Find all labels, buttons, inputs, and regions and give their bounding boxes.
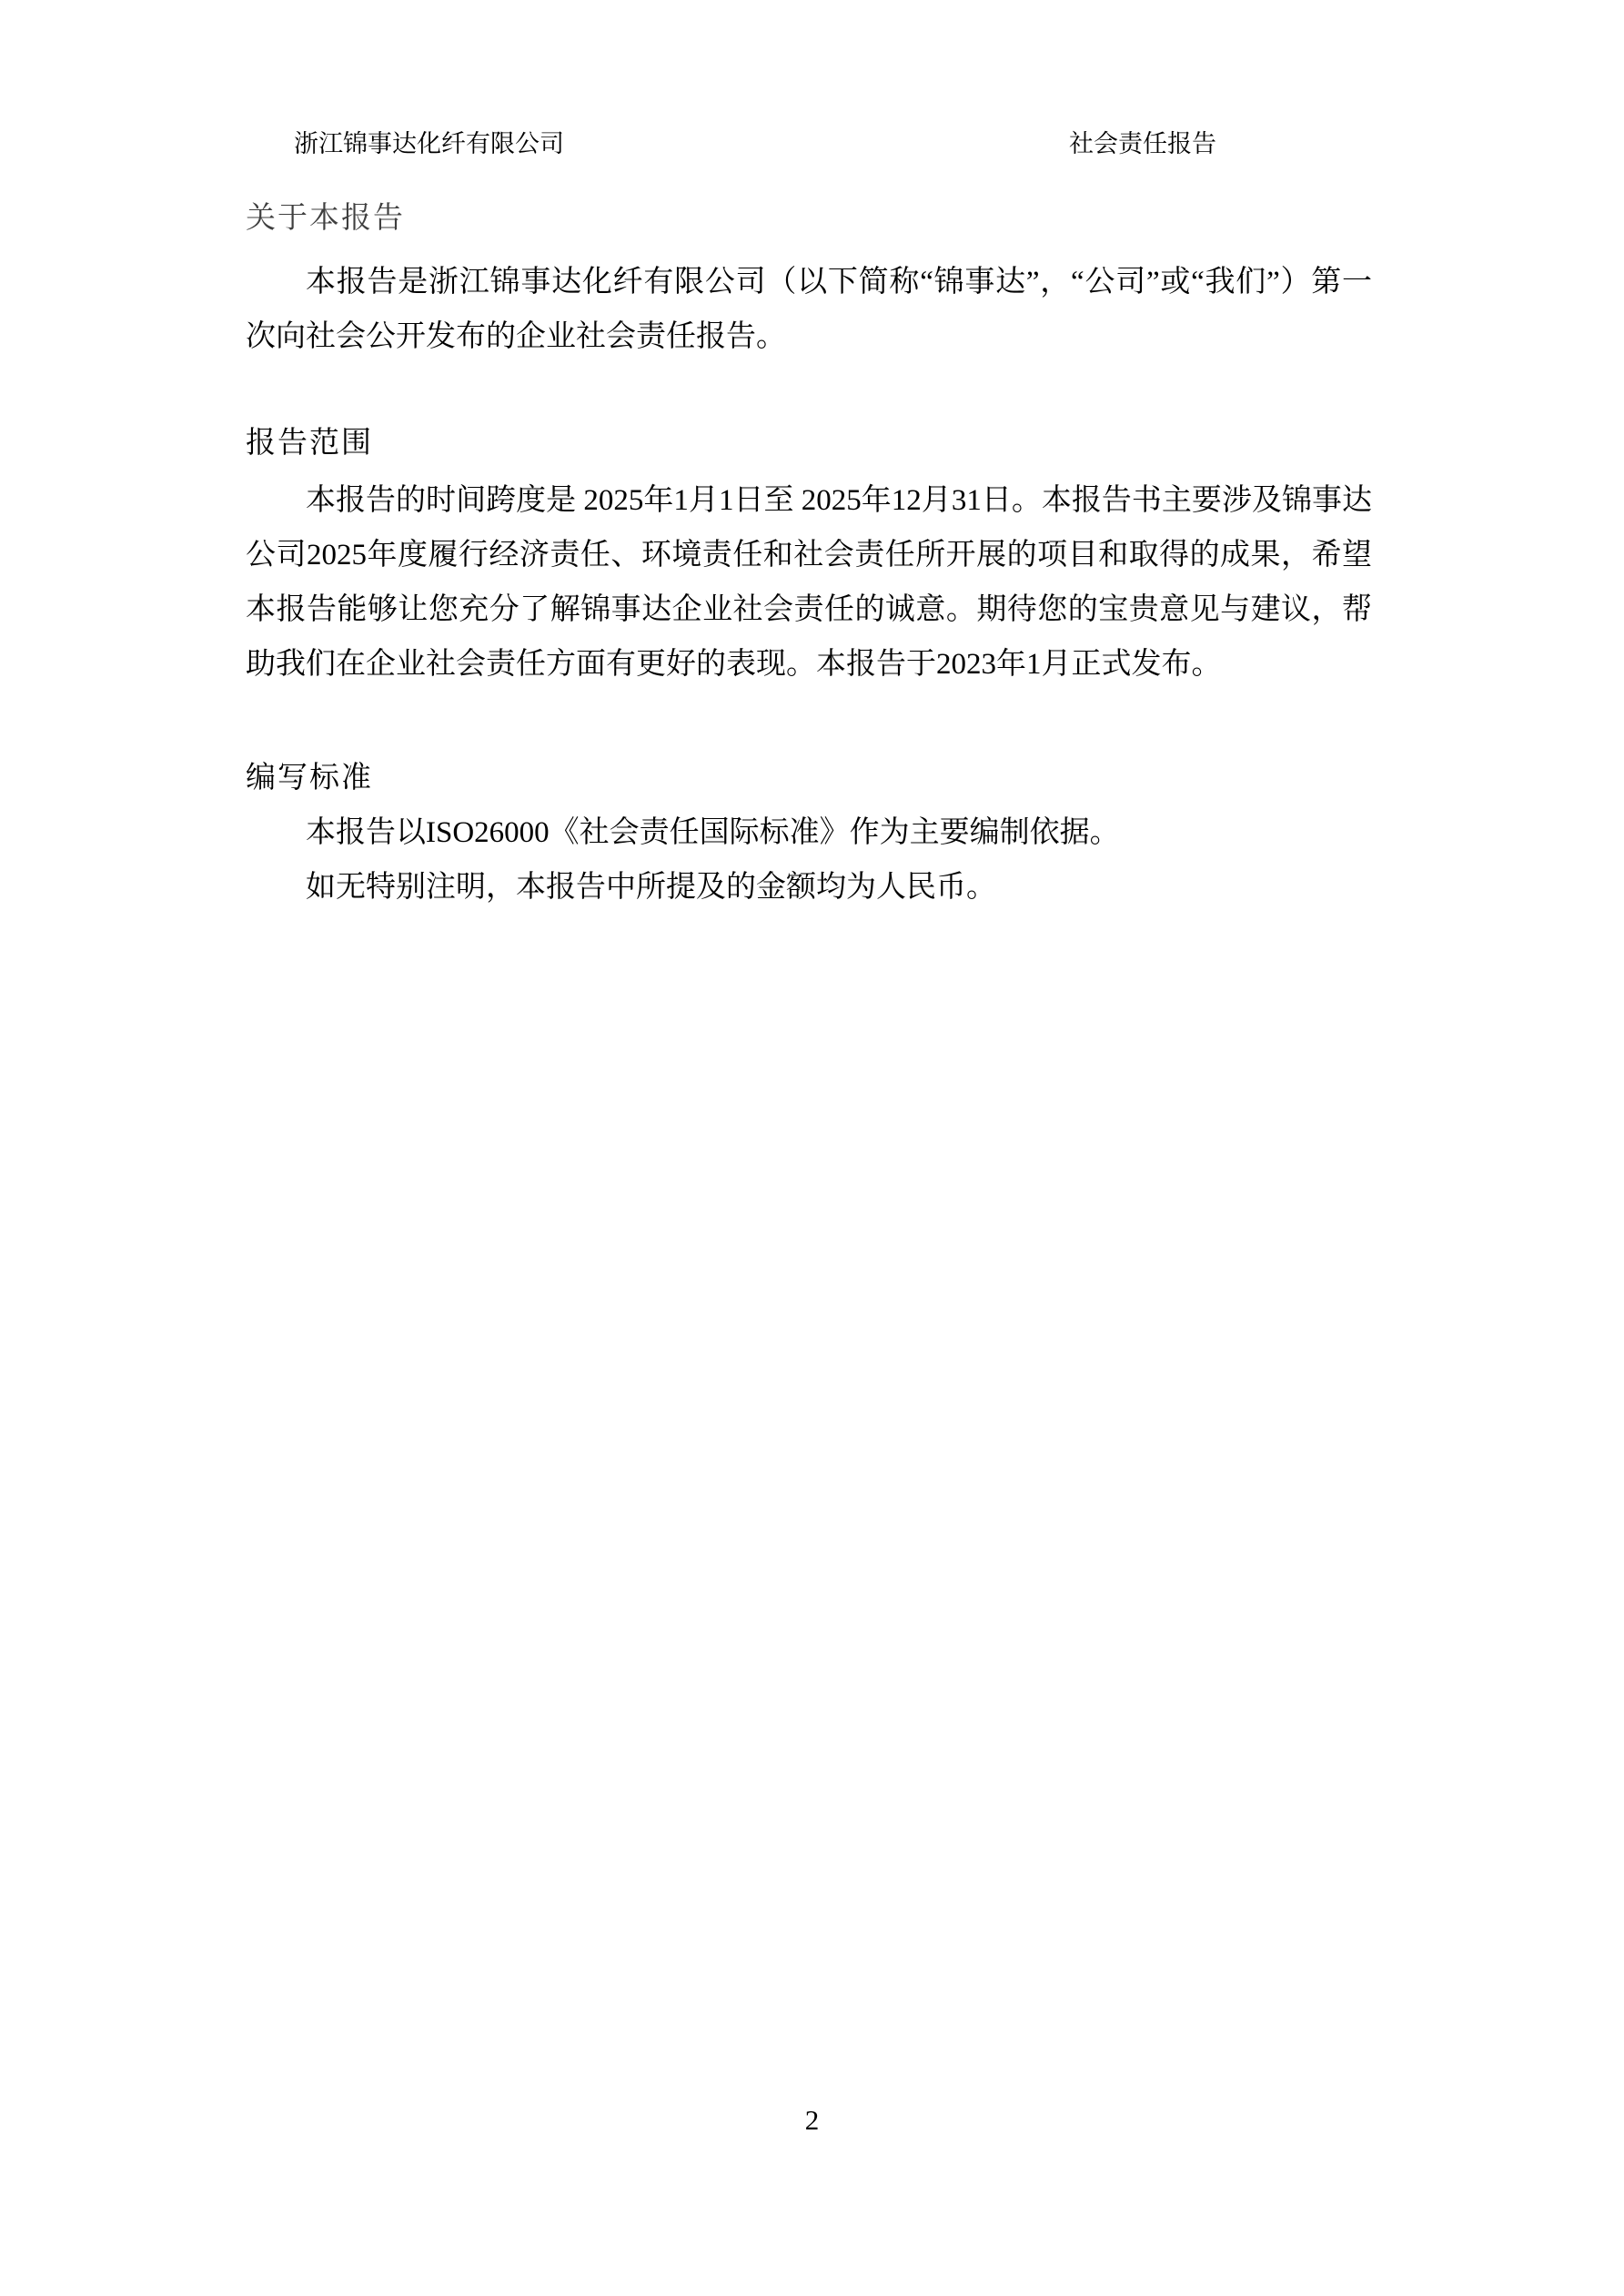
page-title: 关于本报告 <box>246 191 1372 246</box>
standard-paragraph-2: 如无特别注明，本报告中所提及的金额均为人民币。 <box>246 860 1372 915</box>
standard-paragraph-1: 本报告以ISO26000《社会责任国际标准》作为主要编制依据。 <box>246 805 1372 860</box>
page-number: 2 <box>0 2102 1624 2139</box>
page-header: 浙江锦事达化纤有限公司 社会责任报告 <box>246 126 1372 162</box>
header-report-title: 社会责任报告 <box>1069 126 1216 162</box>
document-body: 关于本报告 本报告是浙江锦事达化纤有限公司（以下简称“锦事达”，“公司”或“我们… <box>246 191 1372 915</box>
intro-paragraph: 本报告是浙江锦事达化纤有限公司（以下简称“锦事达”，“公司”或“我们”）第一次向… <box>246 255 1372 364</box>
header-company-name: 浙江锦事达化纤有限公司 <box>294 126 564 162</box>
section-heading-compilation-standard: 编写标准 <box>246 751 1372 805</box>
report-scope-paragraph: 本报告的时间跨度是 2025年1月1日至 2025年12月31日。本报告书主要涉… <box>246 473 1372 692</box>
document-page: 浙江锦事达化纤有限公司 社会责任报告 关于本报告 本报告是浙江锦事达化纤有限公司… <box>0 0 1624 2296</box>
section-heading-report-scope: 报告范围 <box>246 416 1372 470</box>
